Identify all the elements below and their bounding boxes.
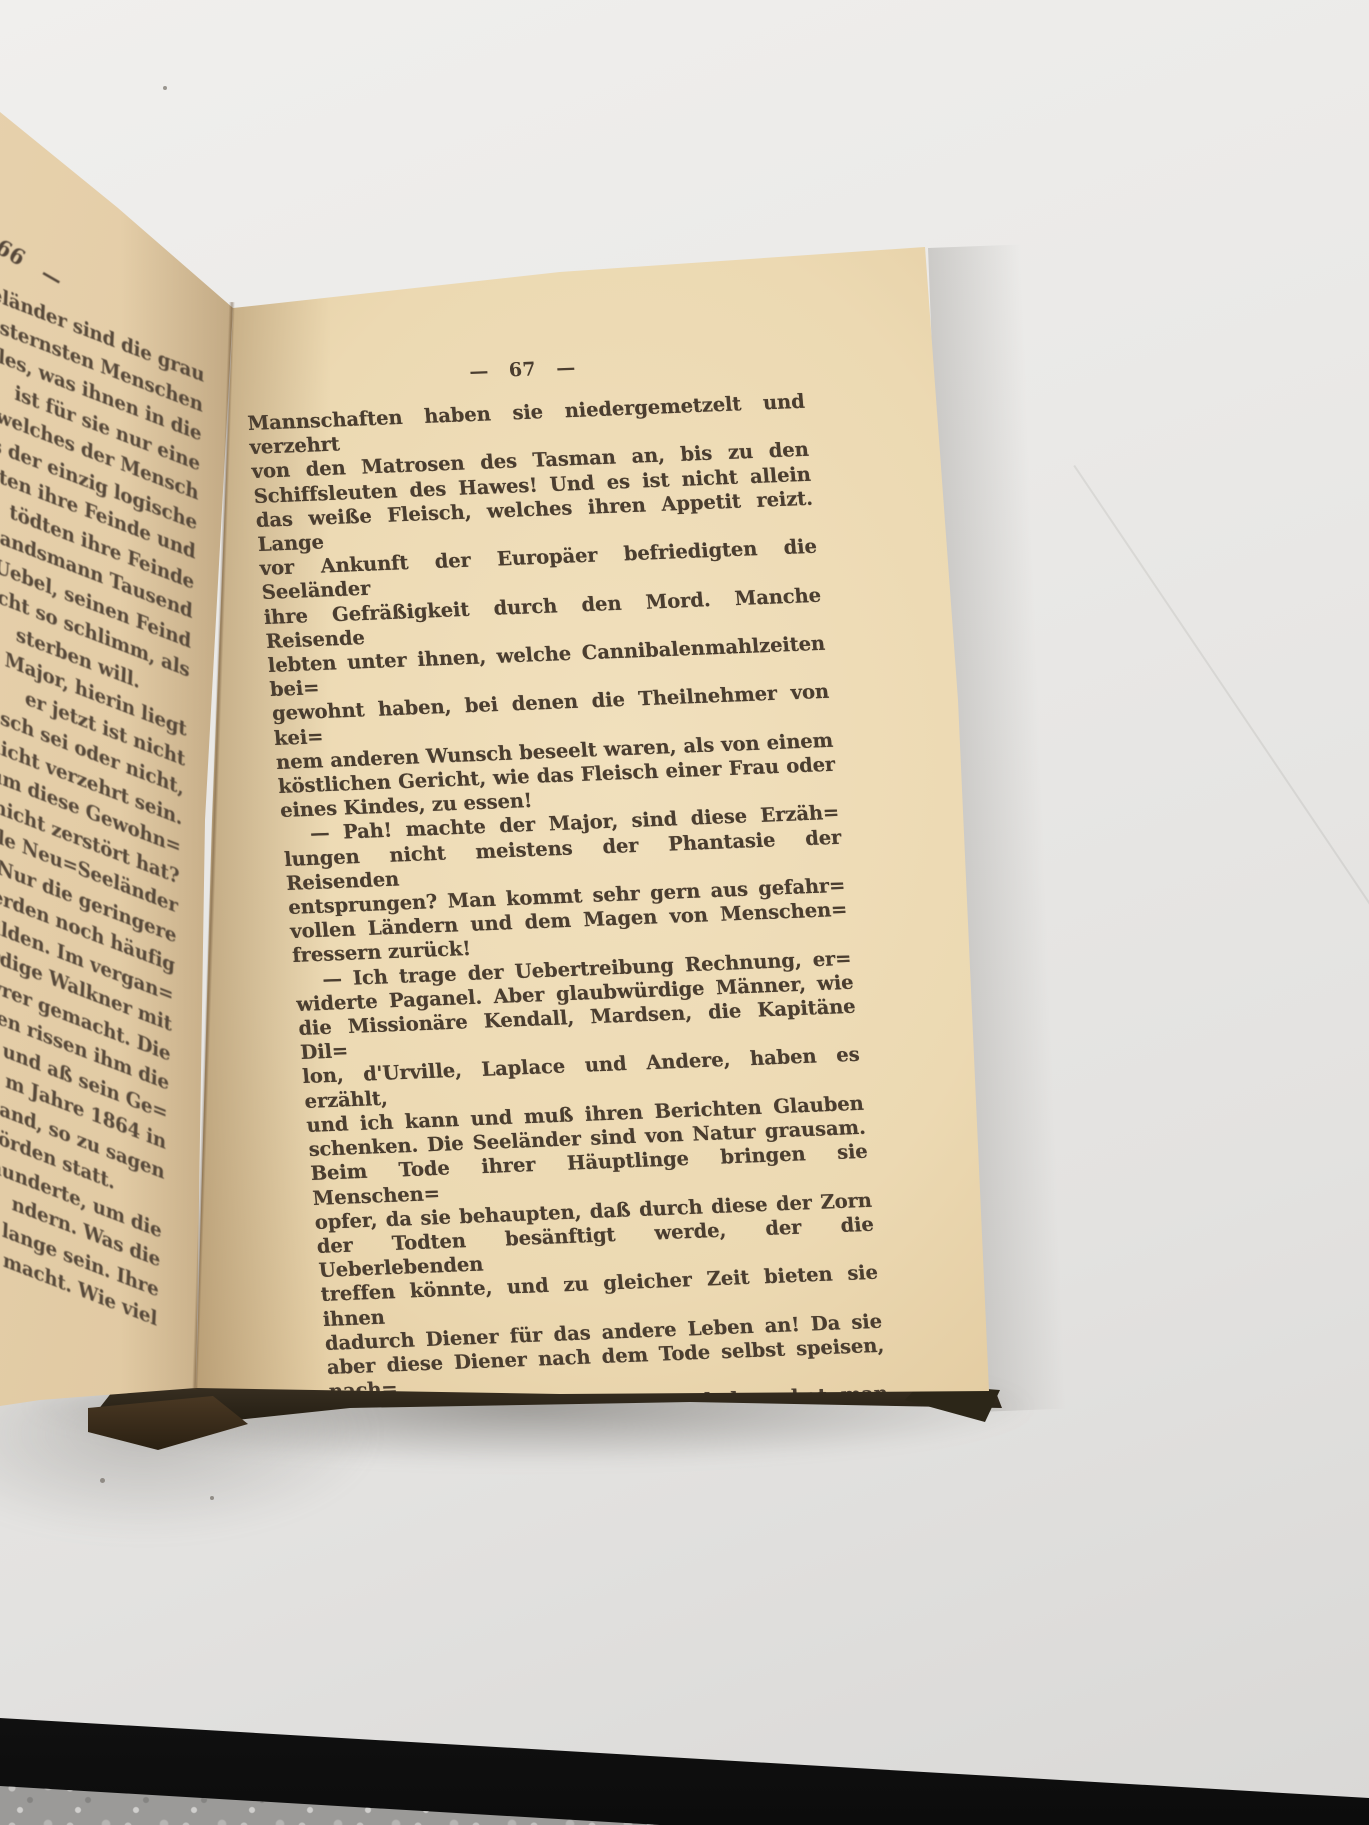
header-dash: —	[555, 357, 576, 380]
photo-background: 66— =Seeländer sind die grauen die lüste…	[0, 0, 1369, 1825]
right-page-text-line: ein, daß die Religion bei diesen Canniba…	[342, 1527, 901, 1574]
header-dash: —	[468, 360, 489, 383]
right-page: —67— Mannschaften haben sie niedergemetz…	[0, 0, 1369, 1825]
left-page-number: 66	[0, 234, 30, 271]
right-page-number: 67	[508, 356, 538, 383]
right-page-text-line: — Indessen, sagte John Mangles, bilde ic…	[340, 1503, 899, 1550]
header-dash: —	[37, 260, 68, 292]
left-page-header: 66—	[0, 234, 68, 293]
dust-speck	[163, 86, 167, 90]
right-page-text-line: glaube sie dazu treibt.	[338, 1479, 897, 1526]
surface-crease-line	[1073, 465, 1369, 914]
signature-mark: 5*	[345, 1555, 904, 1599]
